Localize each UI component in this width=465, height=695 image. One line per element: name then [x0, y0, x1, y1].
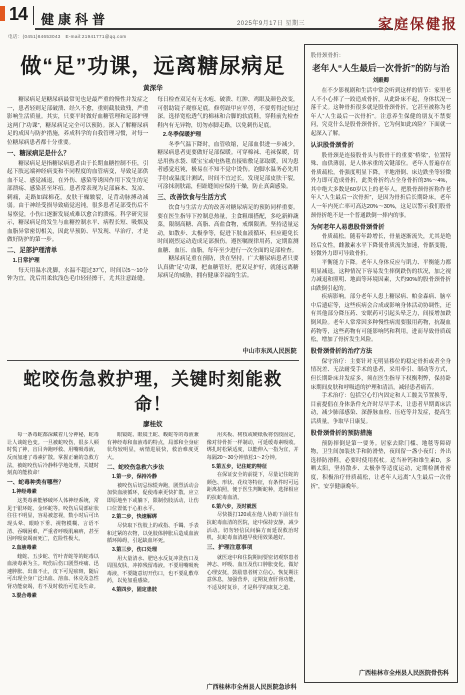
- article-attribution: 广西桂林市全州县人民医院骨伤科: [311, 665, 449, 677]
- issue-date: 2025年9月17日 星期三: [237, 18, 305, 27]
- paragraph: 尽快取下伤肢上的戒指、手镯、手表和过紧的衣物，以免肢体肿胀后造成血液循环障碍，引…: [107, 523, 199, 546]
- newspaper-page: 14 健康科普 2025年9月17日 星期三 家庭保健报 电话：(0451)84…: [0, 0, 465, 695]
- left-column-zone: 做“足”功课，远离糖尿病足 黄深华 糖尿病足是糖尿病最常见也是最严重的慢性并发症…: [7, 44, 299, 683]
- article-author: 黄深华: [7, 83, 299, 92]
- article-hip-fracture: 股骨颈骨折： 老年人“人生最后一次骨折”的防与治 刘殿卿 在不少影视剧和生活中常…: [304, 44, 458, 683]
- paragraph: 用夹板、树枝或硬纸板将伤肢固定，像对待骨折一样制动，可延缓毒素吸收。绑扎时松紧适…: [207, 432, 299, 463]
- article-kicker: 股骨颈骨折：: [311, 51, 451, 59]
- paragraph: 手术治疗：包括空心钉内固定和人工髋关节置换等，目前提倡在身体条件允许时尽早手术，…: [311, 392, 451, 426]
- subhead: 2.血液毒素: [7, 545, 99, 553]
- paragraph: 保守治疗：主要针对无明显移位的稳定骨折或者全身情况差、无法耐受手术的患者，采用牵…: [311, 358, 451, 392]
- paragraph: 骨质疏松。随着年龄增长，骨量逐渐流失，尤其是绝经后女性，雌激素水平下降使骨质流失…: [311, 233, 451, 259]
- paragraph: 蝰蛇、五步蛇、竹叶青蛇等的蛇毒以血液毒素为主。咬伤后伤口剧烈疼痛、迅速肿胀、出血…: [7, 554, 99, 592]
- paper-name: 家庭保健报: [378, 14, 458, 34]
- article-body: 每一条毒蛇都深藏着几分神秘，蛇毒让人谈蛇色变。一旦被蛇咬伤，很多人顿时慌了神，盲…: [7, 432, 299, 680]
- subhead: 三、护理注意事项: [207, 544, 299, 553]
- paragraph: 疾病影响。部分老年人患上糖尿病、帕金森病、脑卒中后遗症等，这些疾病会合成或影响身…: [311, 293, 451, 344]
- paragraph: 糖尿病足是糖尿病最常见也是最严重的慢性并发症之一，患者轻则足部破溃、经久不愈，重…: [7, 96, 148, 147]
- article-attribution: 中山市东凤人民医院: [7, 346, 297, 355]
- article-title: 老年人“人生最后一次骨折”的防与治: [311, 62, 451, 74]
- paragraph: 股骨颈是连接股骨头与股骨干的重要“桥梁”，位置特殊、血供薄弱，是人体承重的关键部…: [311, 152, 451, 221]
- article-snake-bite: 蛇咬伤急救护理，关键时刻能救命！ 廖桂妏 每一条毒蛇都深藏着几分神秘，蛇毒让人谈…: [7, 361, 299, 691]
- masthead: 14 健康科普 2025年9月17日 星期三 家庭保健报: [0, 0, 465, 34]
- masthead-divider: [33, 6, 34, 25]
- corner-mark: [0, 6, 5, 21]
- paragraph: 用大量清水、肥皂水反复冲洗伤口及周围皮肤，冲掉残留毒液。不要用嘴吸吮毒液，不要随…: [107, 556, 199, 587]
- article-body: 在不少影视剧和生活中常会听到这样的情节：家里老人不小心摔了一跤造成骨折，从此卧床…: [311, 87, 451, 665]
- subhead: 1.第一步，保持冷静: [107, 474, 199, 482]
- paragraph: 被咬伤后切忌惊慌奔跑，剧烈活动会加快血液循环，促使毒素更快扩散。应立即原地坐下或…: [107, 483, 199, 514]
- paragraph: 在保证安全的前提下，尽量记住蛇的颜色、形状、花纹等特征，有条件时可远距离拍照，便…: [207, 472, 299, 503]
- subhead: 6.第六步，及时就医: [207, 504, 299, 512]
- section-title: 健康科普: [41, 9, 109, 28]
- subhead: 1.神经毒素: [7, 489, 99, 497]
- article-author: 廖桂妏: [7, 419, 299, 428]
- subhead: 三、改善饮食与生活方式: [157, 193, 298, 203]
- subhead: 5.第五步，记住蛇的特征: [207, 464, 299, 472]
- paragraph: 这类毒素能够破坏人体神经系统，常见于银环蛇、金环蛇等。咬伤后局部症状往往不明显，…: [7, 498, 99, 544]
- article-diabetic-foot: 做“足”功课，远离糖尿病足 黄深华 糖尿病足是糖尿病最常见也是最严重的慢性并发症…: [7, 44, 299, 355]
- subhead: 2.第二步，快速解绑: [107, 514, 199, 522]
- subhead: 2.冬季保暖护理: [157, 131, 298, 140]
- paragraph: 平衡能力下降。老年人身体反应与肌力、平衡能力都明显减退，这种情况下容易发生摔倒跌…: [311, 259, 451, 293]
- subhead: 二、蛇咬伤急救六步法: [107, 464, 199, 473]
- article-author: 刘殿卿: [311, 76, 451, 84]
- paragraph: 就医途中和住院期间要密切观察患者神志、呼吸、血压及伤口肿胀变化，做好心理安抚，鼓…: [207, 555, 299, 593]
- article-title: 蛇咬伤急救护理，关键时刻能救命！: [7, 366, 299, 416]
- contact-line: 电话：(0451)84653043 E-mail:21941771@qq.com: [8, 34, 127, 40]
- page-number: 14: [9, 4, 27, 25]
- subhead: 为何老年人易患股骨颈骨折: [311, 223, 451, 233]
- paragraph: 尽快拨打120或在他人协助下前往有抗蛇毒血清的医院，途中保持安静，减少活动。切勿…: [207, 512, 299, 543]
- paragraph: 每一条毒蛇都深藏着几分神秘，蛇毒让人谈蛇色变。一旦被蛇咬伤，很多人顿时慌了神，盲…: [7, 432, 99, 478]
- subhead: 一、蛇毒种类有哪些？: [7, 479, 99, 488]
- subhead: 4.第四步，固定患肢: [107, 587, 199, 595]
- paragraph: 预防摔倒是第一要务。居家去除门槛、地毯等障碍物，卫生间加装扶手和防滑垫，夜间留一…: [311, 440, 451, 491]
- paragraph: 在不少影视剧和生活中常会听到这样的情节：家里老人不小心摔了一跤造成骨折，从此卧床…: [311, 87, 451, 138]
- article-attribution: 广西桂林市全州县人民医院急诊科: [7, 682, 297, 691]
- subhead: 3.混合毒素: [7, 593, 99, 601]
- paragraph: 糖尿病足重在预防，贵在坚持。广大糖尿病患者只要认真做“足”功课，把血糖管好，把双…: [157, 255, 298, 281]
- subhead: 1.日常护理: [7, 257, 148, 266]
- article-body: 糖尿病足是糖尿病最常见也是最严重的慢性并发症之一，患者轻则足部破溃、经久不愈，重…: [7, 96, 299, 344]
- subhead: 二、足部护理清单: [7, 246, 148, 256]
- article-title: 做“足”功课，远离糖尿病足: [7, 50, 299, 80]
- paragraph: 饮食与生活方式的改善对糖尿病足的预防同样重要。要在医生指导下控制总热量，主食粗细…: [157, 204, 298, 255]
- paragraph: 糖尿病足是指糖尿病患者由于长期血糖控制不佳，引起下肢远端神经病变和不同程度的血管…: [7, 160, 148, 245]
- subhead: 股骨颈骨折的治疗方法: [311, 347, 451, 357]
- masthead-rule: [35, 28, 393, 30]
- subhead: 3.第三步，伤口处理: [107, 547, 199, 555]
- subhead: 股骨颈骨折的预防措施: [311, 429, 451, 439]
- subhead: 一、糖尿病足是什么？: [7, 149, 148, 159]
- page-body: 做“足”功课，远离糖尿病足 黄深华 糖尿病足是糖尿病最常见也是最严重的慢性并发症…: [7, 44, 458, 683]
- paragraph: 眼镜蛇、眼镜王蛇、蝮蛇等的毒液兼有神经毒和血液毒的特点，局部和全身症状均较明显，…: [107, 432, 199, 463]
- subhead: 认识股骨颈骨折: [311, 141, 451, 151]
- paragraph: 冬季气温下降时，血管收缩，足部血供进一步减少，糖尿病患者更要做好足部保暖。可穿棉…: [157, 141, 298, 192]
